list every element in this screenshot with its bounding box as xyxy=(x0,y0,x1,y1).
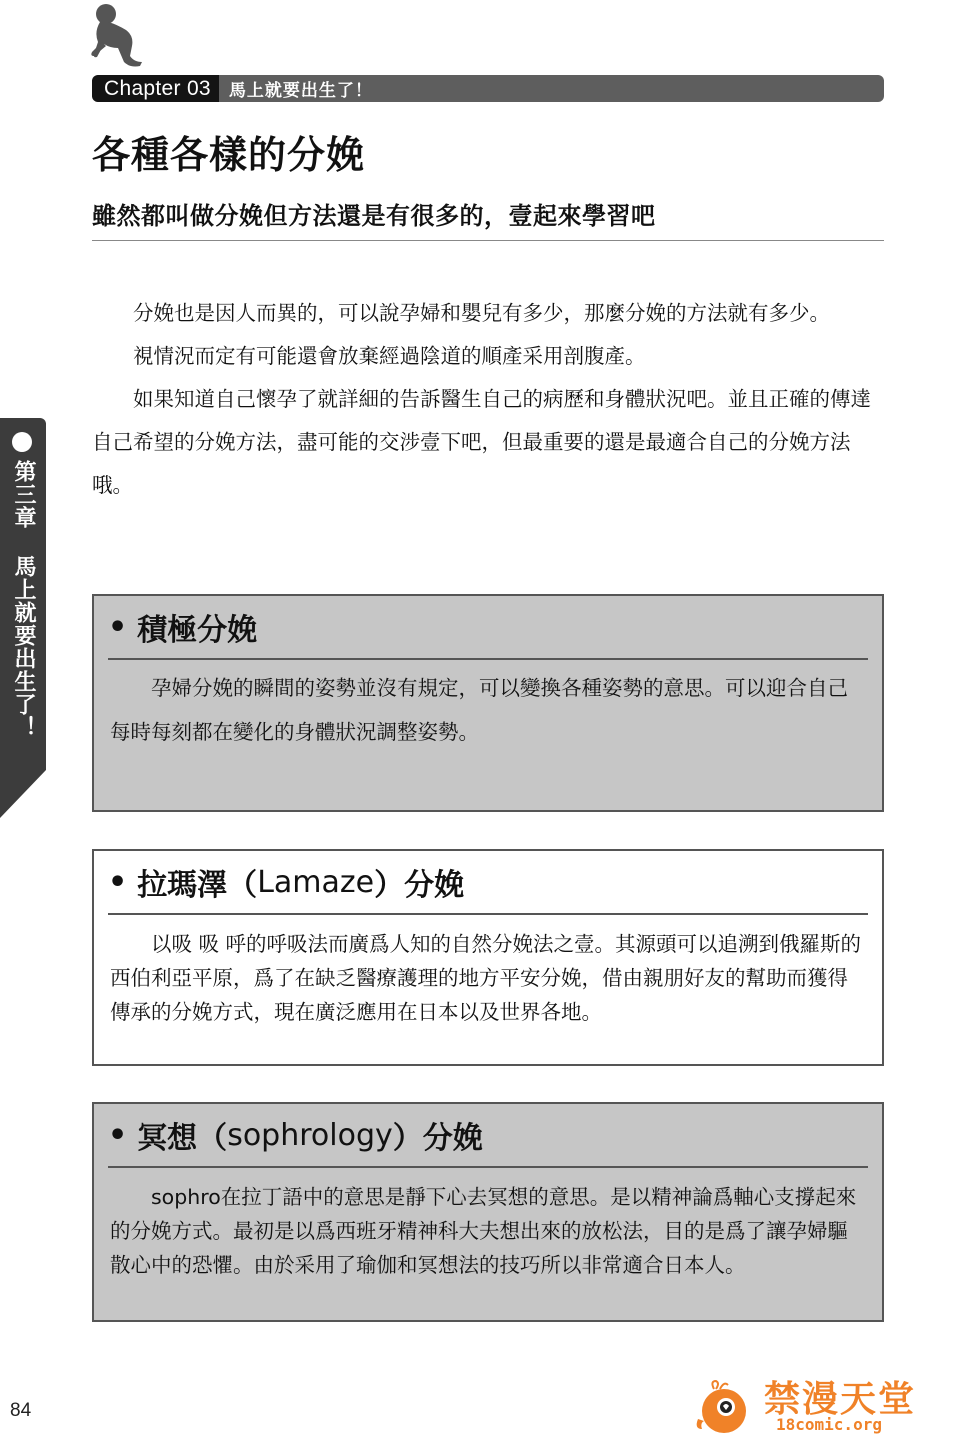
watermark-url: 18comic.org xyxy=(776,1415,882,1434)
box-text: 孕婦分娩的瞬間的姿勢並沒有規定，可以變換各種姿勢的意思。可以迎合自己每時每刻都在… xyxy=(110,666,866,754)
box-title-suffix: ）分娩 xyxy=(393,1113,483,1157)
bullet-icon: • xyxy=(108,1118,127,1153)
page-number: 84 xyxy=(10,1400,31,1422)
chapter-title: 馬上就要出生了！ xyxy=(219,76,373,101)
box-title-suffix: ）分娩 xyxy=(374,860,464,904)
box-title-latin: sophrology xyxy=(227,1118,393,1153)
box-title: 冥想（ xyxy=(137,1113,227,1157)
intro-text: 分娩也是因人而異的，可以說孕婦和嬰兒有多少，那麼分娩的方法就有多少。 視情況而定… xyxy=(92,292,872,507)
intro-paragraph: 如果知道自己懷孕了就詳細的告訴醫生自己的病歷和身體狀況吧。並且正確的傳達自己希望… xyxy=(92,378,872,507)
box-title-latin: Lamaze xyxy=(257,865,374,900)
side-tab-dot-icon xyxy=(12,432,32,452)
watermark: 禁漫天堂 18comic.org xyxy=(692,1365,922,1440)
whale-logo-icon xyxy=(692,1379,752,1435)
info-box-lamaze: • 拉瑪澤（Lamaze）分娩 以吸 吸 呼的呼吸法而廣爲人知的自然分娩法之壹。… xyxy=(92,849,884,1066)
chapter-header-bar: Chapter 03 馬上就要出生了！ xyxy=(92,75,884,102)
chapter-side-tab: 第三章 馬上就要出生了！ xyxy=(0,418,46,818)
page-subtitle: 雖然都叫做分娩但方法還是有很多的，壹起來學習吧 xyxy=(92,196,656,231)
box-heading: • 冥想（sophrology）分娩 xyxy=(108,1104,868,1168)
subtitle-divider xyxy=(92,240,884,241)
chapter-label: Chapter 03 xyxy=(92,75,219,102)
page-title: 各種各樣的分娩 xyxy=(92,124,365,179)
box-title: 積極分娩 xyxy=(137,605,257,649)
bullet-icon: • xyxy=(108,610,127,645)
side-tab-text: 第三章 馬上就要出生了！ xyxy=(10,460,36,739)
bullet-icon: • xyxy=(108,865,127,900)
intro-paragraph: 分娩也是因人而異的，可以說孕婦和嬰兒有多少，那麼分娩的方法就有多少。 xyxy=(92,292,872,335)
info-box-sophrology: • 冥想（sophrology）分娩 sophro在拉丁語中的意思是靜下心去冥想… xyxy=(92,1102,884,1322)
box-text: sophro在拉丁語中的意思是靜下心去冥想的意思。是以精神論爲軸心支撐起來的分娩… xyxy=(110,1180,866,1282)
crawling-baby-icon xyxy=(88,2,160,74)
info-box-active-birth: • 積極分娩 孕婦分娩的瞬間的姿勢並沒有規定，可以變換各種姿勢的意思。可以迎合自… xyxy=(92,594,884,812)
box-heading: • 積極分娩 xyxy=(108,596,868,660)
box-heading: • 拉瑪澤（Lamaze）分娩 xyxy=(108,851,868,915)
intro-paragraph: 視情況而定有可能還會放棄經過陰道的順產采用剖腹產。 xyxy=(92,335,872,378)
box-text: 以吸 吸 呼的呼吸法而廣爲人知的自然分娩法之壹。其源頭可以追溯到俄羅斯的西伯利亞… xyxy=(110,927,866,1029)
box-title: 拉瑪澤（ xyxy=(137,860,257,904)
